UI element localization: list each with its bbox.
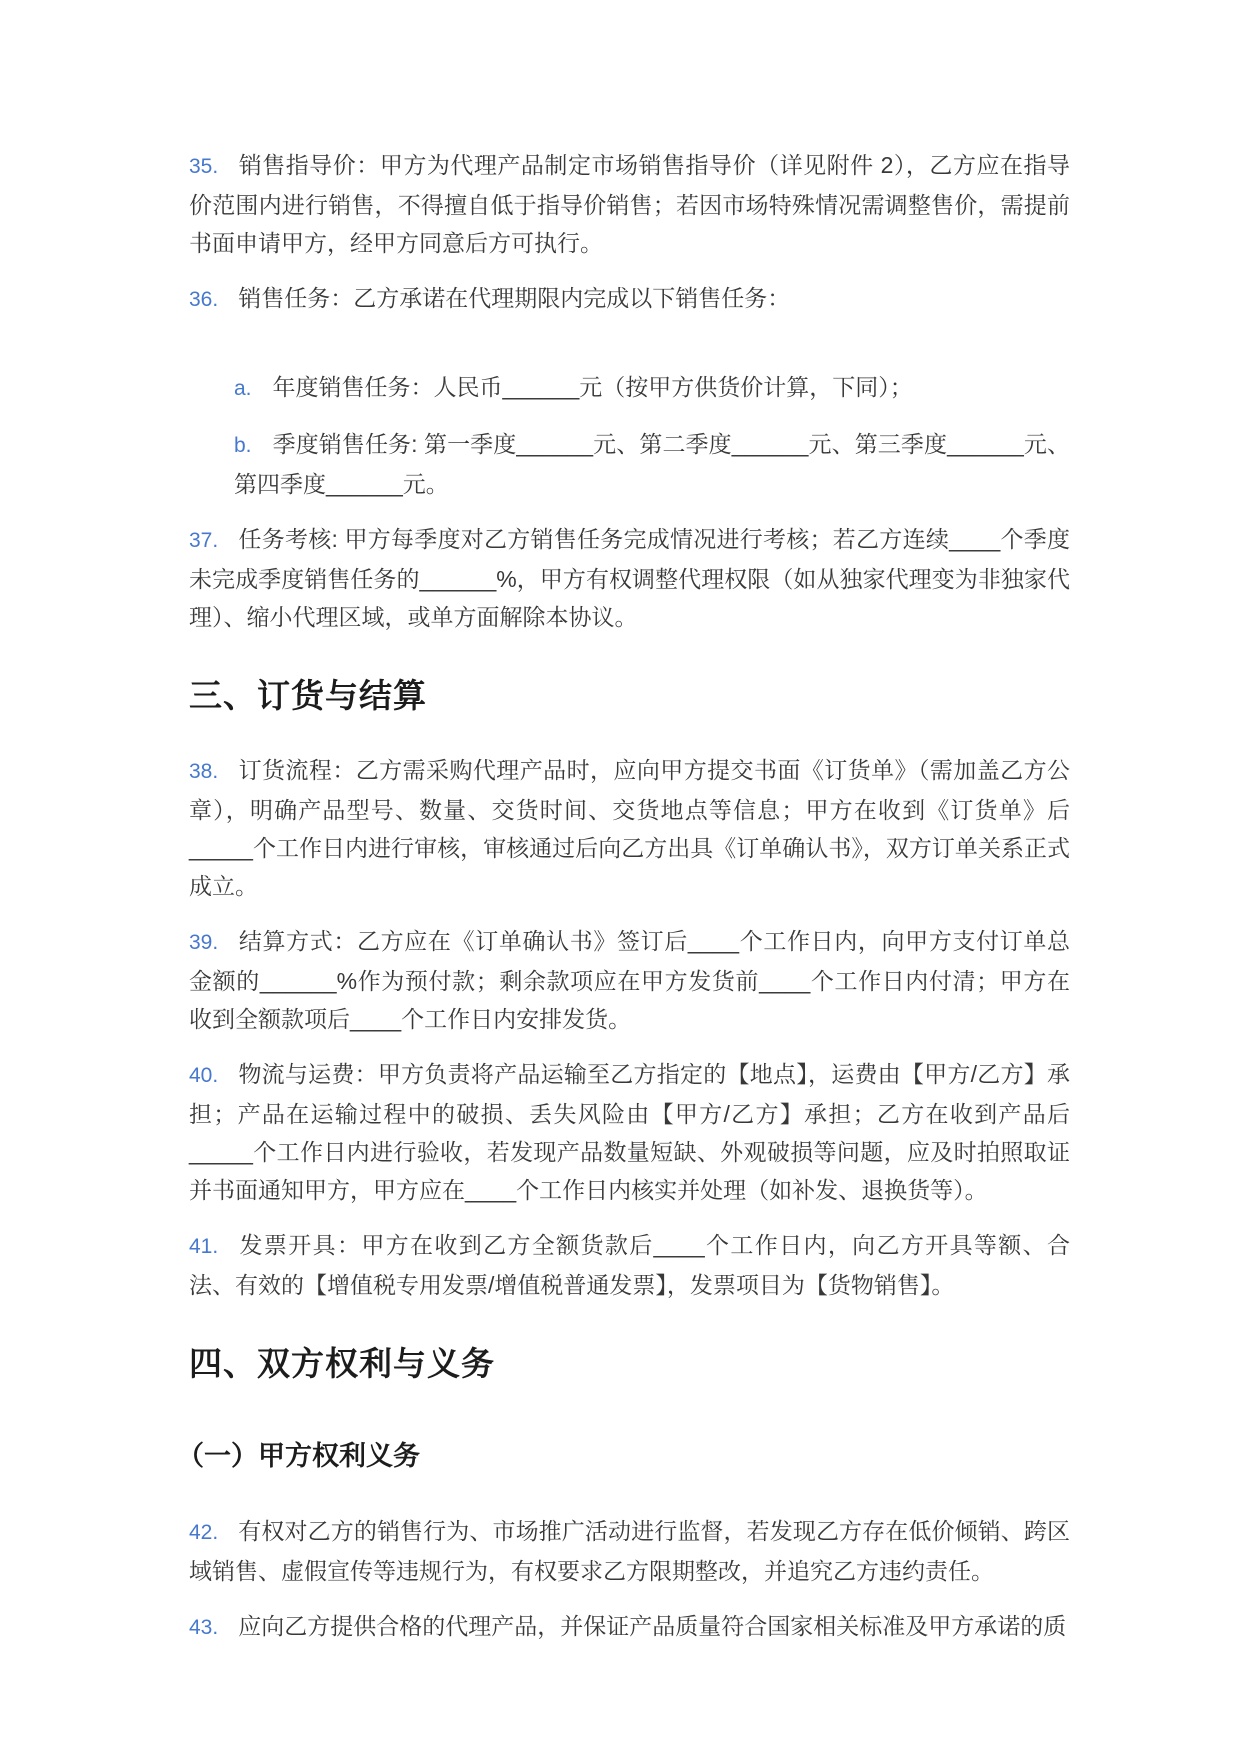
clause-42-number: 42. [189,1521,218,1544]
subclause-a-marker: a. [234,377,252,400]
clause-39-number: 39. [189,931,218,954]
clause-35-text: 销售指导价：甲方为代理产品制定市场销售指导价（详见附件 2），乙方应在指导价范围… [189,152,1070,256]
clause-37-number: 37. [189,529,218,552]
clause-36-number: 36. [189,288,218,311]
clause-38: 38.订货流程：乙方需采购代理产品时，应向甲方提交书面《订货单》（需加盖乙方公章… [189,751,1070,905]
subclause-a: a.年度销售任务：人民币______元（按甲方供货价计算，下同）； [234,368,1070,408]
clause-43-number: 43. [189,1616,218,1639]
clause-40: 40.物流与运费：甲方负责将产品运输至乙方指定的【地点】，运费由【甲方/乙方】承… [189,1055,1070,1209]
clause-36-text: 销售任务：乙方承诺在代理期限内完成以下销售任务： [238,285,790,311]
clause-37-text: 任务考核: 甲方每季度对乙方销售任务完成情况进行考核；若乙方连续____个季度未… [189,526,1070,630]
section-heading-ordering-settlement: 三、订货与结算 [189,674,1070,718]
clause-40-number: 40. [189,1064,218,1087]
section-heading-rights-obligations: 四、双方权利与义务 [189,1342,1070,1386]
clause-35-number: 35. [189,155,218,178]
clause-38-text: 订货流程：乙方需采购代理产品时，应向甲方提交书面《订货单》（需加盖乙方公章），明… [189,757,1070,899]
clause-39-text: 结算方式：乙方应在《订单确认书》签订后____个工作日内，向甲方支付订单总金额的… [189,928,1070,1032]
document-content: 35.销售指导价：甲方为代理产品制定市场销售指导价（详见附件 2），乙方应在指导… [189,146,1070,1664]
clause-43: 43.应向乙方提供合格的代理产品，并保证产品质量符合国家相关标准及甲方承诺的质 [189,1607,1070,1647]
clause-39: 39.结算方式：乙方应在《订单确认书》签订后____个工作日内，向甲方支付订单总… [189,922,1070,1038]
clause-43-text: 应向乙方提供合格的代理产品，并保证产品质量符合国家相关标准及甲方承诺的质 [238,1613,1066,1639]
clause-40-text: 物流与运费：甲方负责将产品运输至乙方指定的【地点】，运费由【甲方/乙方】承担；产… [189,1061,1070,1203]
subclause-a-text: 年度销售任务：人民币______元（按甲方供货价计算，下同）； [273,374,913,400]
clause-37: 37.任务考核: 甲方每季度对乙方销售任务完成情况进行考核；若乙方连续____个… [189,520,1070,636]
clause-41-number: 41. [189,1235,218,1258]
clause-38-number: 38. [189,760,218,783]
clause-42: 42.有权对乙方的销售行为、市场推广活动进行监督，若发现乙方存在低价倾销、跨区域… [189,1512,1070,1590]
clause-36-sublist: a.年度销售任务：人民币______元（按甲方供货价计算，下同）； b.季度销售… [234,368,1070,520]
clause-36: 36.销售任务：乙方承诺在代理期限内完成以下销售任务： [189,279,1070,319]
subclause-b: b.季度销售任务: 第一季度______元、第二季度______元、第三季度__… [234,425,1070,503]
subclause-b-marker: b. [234,434,252,457]
document-page: 35.销售指导价：甲方为代理产品制定市场销售指导价（详见附件 2），乙方应在指导… [0,0,1241,1754]
clause-41: 41.发票开具：甲方在收到乙方全额货款后____个工作日内，向乙方开具等额、合法… [189,1226,1070,1304]
subclause-b-text: 季度销售任务: 第一季度______元、第二季度______元、第三季度____… [234,431,1070,497]
clause-42-text: 有权对乙方的销售行为、市场推广活动进行监督，若发现乙方存在低价倾销、跨区域销售、… [189,1518,1070,1584]
clause-35: 35.销售指导价：甲方为代理产品制定市场销售指导价（详见附件 2），乙方应在指导… [189,146,1070,262]
subsection-heading-party-a-rights: （一）甲方权利义务 [177,1438,1070,1474]
clause-41-text: 发票开具：甲方在收到乙方全额货款后____个工作日内，向乙方开具等额、合法、有效… [189,1232,1070,1298]
